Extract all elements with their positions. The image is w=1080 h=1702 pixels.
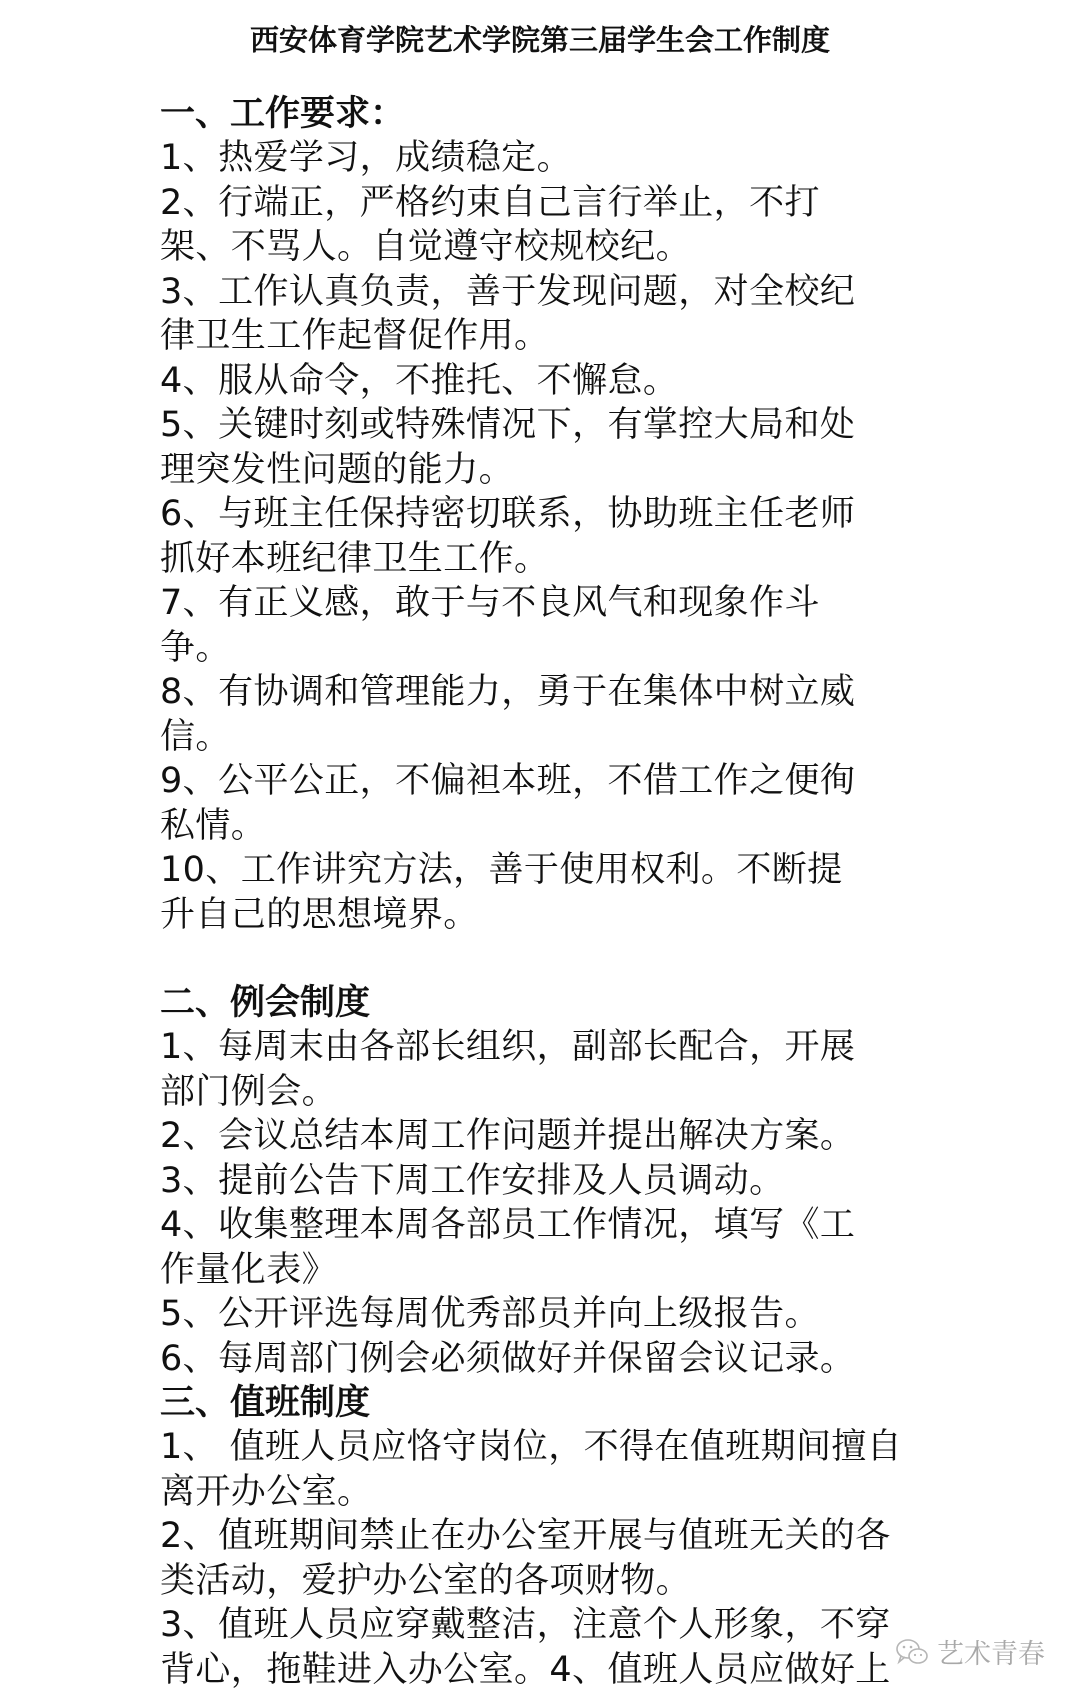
document-title: 西安体育学院艺术学院第三届学生会工作制度 — [0, 18, 1080, 62]
text-line: 离开办公室。 — [160, 1470, 920, 1515]
text-line: 2、行端正，严格约束自己言行举止，不打 — [160, 181, 920, 226]
text-line: 2、会议总结本周工作问题并提出解决方案。 — [160, 1114, 920, 1159]
text-line: 背心，拖鞋进入办公室。4、值班人员应做好上 — [160, 1648, 920, 1693]
section-spacer — [160, 937, 920, 981]
text-line: 6、每周部门例会必须做好并保留会议记录。 — [160, 1337, 920, 1382]
text-line: 1、 值班人员应恪守岗位，不得在值班期间擅自 — [160, 1425, 920, 1470]
text-line: 3、值班人员应穿戴整洁，注意个人形象，不穿 — [160, 1603, 920, 1648]
text-line: 9、公平公正，不偏袒本班，不借工作之便徇 — [160, 759, 920, 804]
wechat-icon — [895, 1637, 929, 1667]
text-line: 1、热爱学习，成绩稳定。 — [160, 136, 920, 181]
text-line: 4、服从命令，不推托、不懈怠。 — [160, 359, 920, 404]
text-line: 1、每周末由各部长组织，副部长配合，开展 — [160, 1025, 920, 1070]
text-line: 10、工作讲究方法，善于使用权利。不断提 — [160, 848, 920, 893]
text-line: 8、有协调和管理能力，勇于在集体中树立威 — [160, 670, 920, 715]
text-line: 争。 — [160, 626, 920, 671]
section-heading-duty-system: 三、值班制度 — [160, 1381, 920, 1425]
text-line: 律卫生工作起督促作用。 — [160, 314, 920, 359]
text-line: 类活动，爱护办公室的各项财物。 — [160, 1559, 920, 1604]
section-heading-regular-meetings: 二、例会制度 — [160, 981, 920, 1025]
text-line: 私情。 — [160, 804, 920, 849]
text-line: 6、与班主任保持密切联系，协助班主任老师 — [160, 492, 920, 537]
document-body: 一、工作要求： 1、热爱学习，成绩稳定。 2、行端正，严格约束自己言行举止，不打… — [160, 92, 920, 1692]
text-line: 信。 — [160, 715, 920, 760]
section-heading-work-requirements: 一、工作要求： — [160, 92, 920, 136]
watermark-text: 艺术青春 — [937, 1632, 1045, 1671]
watermark: 艺术青春 — [895, 1632, 1045, 1671]
text-line: 理突发性问题的能力。 — [160, 448, 920, 493]
text-line: 5、关键时刻或特殊情况下，有掌控大局和处 — [160, 403, 920, 448]
text-line: 架、不骂人。自觉遵守校规校纪。 — [160, 225, 920, 270]
text-line: 作量化表》 — [160, 1248, 920, 1293]
text-line: 升自己的思想境界。 — [160, 893, 920, 938]
text-line: 抓好本班纪律卫生工作。 — [160, 537, 920, 582]
text-line: 5、公开评选每周优秀部员并向上级报告。 — [160, 1292, 920, 1337]
text-line: 2、值班期间禁止在办公室开展与值班无关的各 — [160, 1514, 920, 1559]
text-line: 部门例会。 — [160, 1070, 920, 1115]
text-line: 7、有正义感，敢于与不良风气和现象作斗 — [160, 581, 920, 626]
text-line: 4、收集整理本周各部员工作情况，填写《工 — [160, 1203, 920, 1248]
text-line: 3、提前公告下周工作安排及人员调动。 — [160, 1159, 920, 1204]
text-line: 3、工作认真负责，善于发现问题，对全校纪 — [160, 270, 920, 315]
